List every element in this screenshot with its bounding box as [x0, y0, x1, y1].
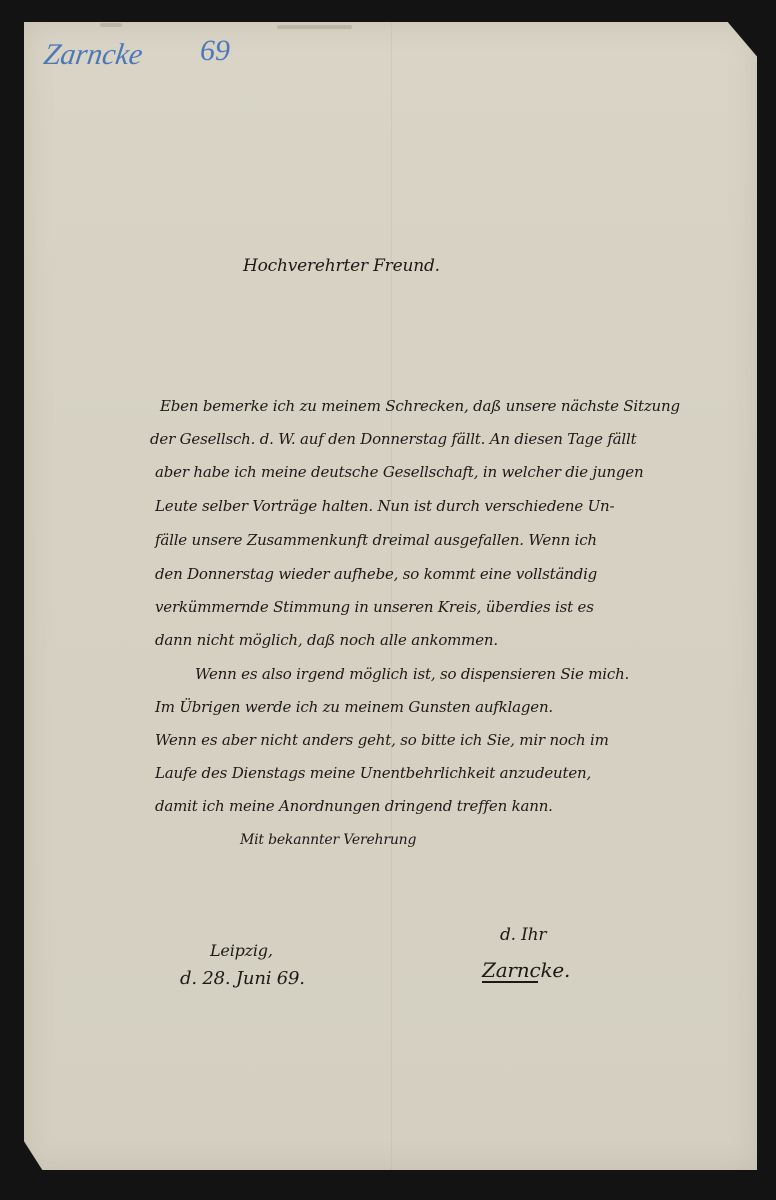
letter-line: Eben bemerke ich zu meinem Schrecken, da…	[160, 397, 680, 415]
place: Leipzig,	[210, 941, 273, 960]
letter-line: Leute selber Vorträge halten. Nun ist du…	[155, 497, 614, 515]
scanned-letter: Zarncke 69 Hochverehrter Freund. Eben be…	[0, 0, 776, 1200]
letter-line: Im Übrigen werde ich zu meinem Gunsten a…	[155, 698, 553, 716]
letter-line: dann nicht möglich, daß noch alle ankomm…	[155, 631, 498, 649]
letter-line: damit ich meine Anordnungen dringend tre…	[155, 797, 553, 815]
letter-line: Laufe des Dienstags meine Unentbehrlichk…	[155, 764, 591, 782]
date: d. 28. Juni 69.	[180, 968, 305, 989]
signature-prefix: d. Ihr	[500, 925, 546, 945]
signature-underline	[482, 981, 538, 983]
archive-annotation-number: 69	[200, 34, 230, 68]
signature: Zarncke.	[482, 958, 570, 982]
letter-line: aber habe ich meine deutsche Gesellschaf…	[155, 463, 643, 481]
letter-line: verkümmernde Stimmung in unseren Kreis, …	[155, 598, 594, 616]
letter-line: Wenn es aber nicht anders geht, so bitte…	[155, 731, 609, 749]
letter-line: der Gesellsch. d. W. auf den Donnerstag …	[150, 430, 636, 448]
archive-annotation-name: Zarncke	[42, 38, 145, 72]
paper-tear	[277, 25, 352, 29]
letter-line: Wenn es also irgend möglich ist, so disp…	[195, 665, 629, 683]
letter-line: den Donnerstag wieder aufhebe, so kommt …	[155, 565, 597, 583]
letter-line: fälle unsere Zusammenkunft dreimal ausge…	[155, 531, 597, 549]
paper-sheet	[24, 22, 757, 1170]
paper-tear	[100, 23, 122, 27]
closing: Mit bekannter Verehrung	[240, 832, 416, 848]
salutation: Hochverehrter Freund.	[243, 256, 440, 276]
